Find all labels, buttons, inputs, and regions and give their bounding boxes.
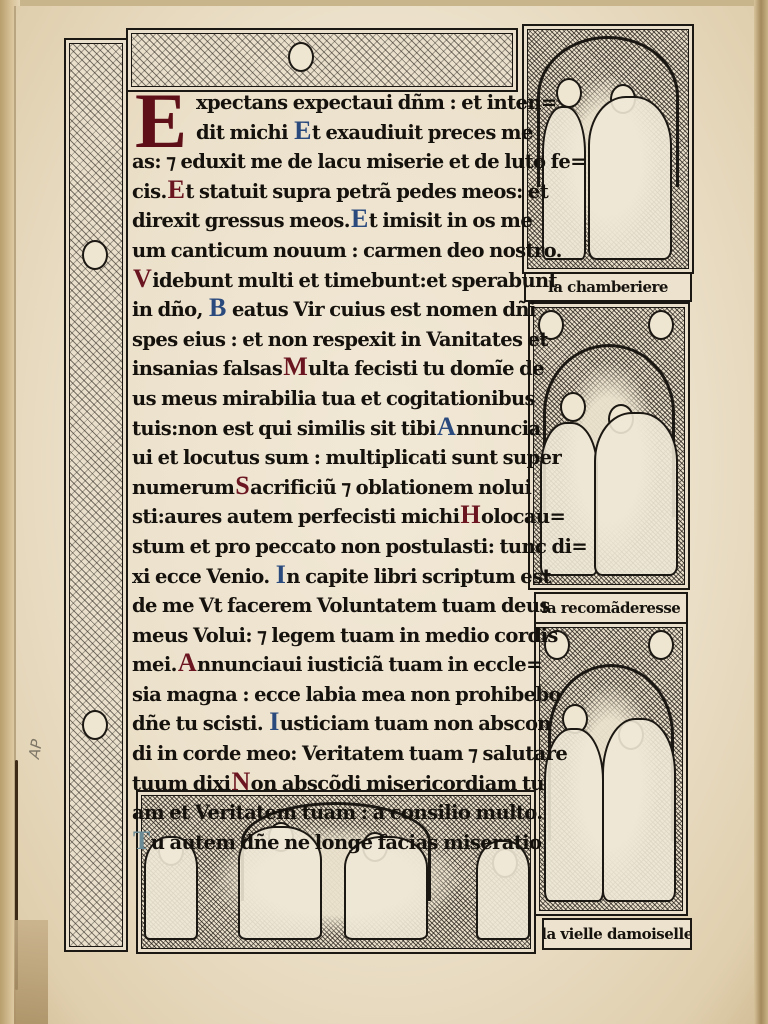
figure-head-icon bbox=[82, 240, 108, 270]
text-line: xpectans expectaui dñm : et inten= bbox=[132, 88, 520, 118]
latin-text-block: xpectans expectaui dñm : et inten= dit m… bbox=[132, 88, 520, 857]
rubric-initial: E bbox=[350, 209, 369, 229]
rubric-initial: M bbox=[282, 357, 308, 377]
woman-figure bbox=[602, 718, 676, 902]
skeleton-figure bbox=[542, 106, 586, 260]
rubric-initial: E bbox=[167, 180, 186, 200]
text-line: dit michi Et exaudiuit preces me bbox=[132, 118, 520, 148]
caption-vielle-damoiselle: la vielle damoiselle bbox=[542, 918, 692, 950]
side-panel-chamberiere bbox=[522, 24, 694, 274]
line-text: xi ecce Venio. bbox=[132, 565, 270, 588]
page-edge-right bbox=[754, 0, 768, 1024]
line-text: de me Vt facerem Voluntatem tuam deus bbox=[132, 594, 550, 617]
text-line: numerumSacrificiũ ⁊ oblationem nolui bbox=[132, 473, 520, 503]
line-text: mei. bbox=[132, 653, 177, 676]
caption-recommanderesse: la recomãderesse bbox=[534, 592, 688, 624]
text-line: am et Veritatem tuam : a consilio multo. bbox=[132, 798, 520, 828]
line-text: nnuncia bbox=[456, 417, 540, 440]
line-text: am et Veritatem tuam : a consilio multo. bbox=[132, 801, 543, 824]
text-line: sti:aures autem perfecisti michiHolocau= bbox=[132, 502, 520, 532]
line-text: tuum dixi bbox=[132, 772, 230, 795]
line-text: eatus Vir cuius est nomen dñi bbox=[232, 298, 536, 321]
text-line: tuis:non est qui similis sit tibiAnnunci… bbox=[132, 414, 520, 444]
rubric-initial: A bbox=[436, 417, 456, 437]
text-line: tuum dixiNon abscõdi misericordiam tu bbox=[132, 769, 520, 799]
line-text: idebunt multi et timebunt:et sperabunt bbox=[152, 269, 557, 292]
line-text: acrificiũ ⁊ oblationem nolui bbox=[250, 476, 531, 499]
text-line: us meus mirabilia tua et cogitationibus bbox=[132, 384, 520, 414]
woman-figure bbox=[588, 96, 672, 260]
text-line: dñe tu scisti. Iusticiam tuam non abscon bbox=[132, 709, 520, 739]
rubric-initial: B bbox=[208, 298, 227, 318]
text-line: di in corde meo: Veritatem tuam ⁊ saluta… bbox=[132, 739, 520, 769]
line-text: us meus mirabilia tua et cogitationibus bbox=[132, 387, 535, 410]
line-text: t imisit in os me bbox=[369, 209, 532, 232]
line-text: t exaudiuit preces me bbox=[312, 121, 533, 144]
rubric-initial: V bbox=[132, 269, 152, 289]
line-text: dñe tu scisti. bbox=[132, 712, 263, 735]
line-text: meus Volui: ⁊ legem tuam in medio cordis bbox=[132, 624, 558, 647]
text-line: cis.Et statuit supra petrã pedes meos: e… bbox=[132, 177, 520, 207]
text-line: in dño, B eatus Vir cuius est nomen dñi bbox=[132, 295, 520, 325]
rubric-initial: S bbox=[234, 476, 250, 496]
skeleton-head-icon bbox=[556, 78, 582, 108]
woman-figure bbox=[594, 412, 678, 576]
line-text: in dño, bbox=[132, 298, 203, 321]
skull-icon bbox=[648, 310, 674, 340]
line-text: dit michi bbox=[196, 121, 288, 144]
line-text: tuis:non est qui similis sit tibi bbox=[132, 417, 436, 440]
text-line: stum et pro peccato non postulasti: tunc… bbox=[132, 532, 520, 562]
text-line: direxit gressus meos.Et imisit in os me bbox=[132, 206, 520, 236]
rubric-initial: E bbox=[293, 121, 312, 141]
line-text: nnunciaui iusticiã tuam in eccle= bbox=[197, 653, 542, 676]
paper-repair-patch bbox=[14, 920, 48, 1024]
line-text: u autem dñe ne longe facias miseratio bbox=[151, 831, 542, 854]
line-text: as: ⁊ eduxit me de lacu miserie et de lu… bbox=[132, 150, 586, 173]
line-text: di in corde meo: Veritatem tuam ⁊ saluta… bbox=[132, 742, 567, 765]
line-text: xpectans expectaui dñm : et inten= bbox=[196, 91, 557, 114]
line-text: sti:aures autem perfecisti michi bbox=[132, 505, 459, 528]
text-line: meus Volui: ⁊ legem tuam in medio cordis bbox=[132, 621, 520, 651]
text-line: ui et locutus sum : multiplicati sunt su… bbox=[132, 443, 520, 473]
figure-head-icon bbox=[288, 42, 314, 72]
rubric-initial: I bbox=[275, 565, 287, 585]
line-text: ulta fecisti tu domĩe de bbox=[308, 357, 544, 380]
line-text: numerum bbox=[132, 476, 234, 499]
text-line: xi ecce Venio. In capite libri scriptum … bbox=[132, 562, 520, 592]
text-line: de me Vt facerem Voluntatem tuam deus bbox=[132, 591, 520, 621]
skull-icon bbox=[648, 630, 674, 660]
line-text: sia magna : ecce labia mea non prohibebo bbox=[132, 683, 561, 706]
text-line: Tu autem dñe ne longe facias miseratio bbox=[132, 828, 520, 858]
line-text: ui et locutus sum : multiplicati sunt su… bbox=[132, 446, 561, 469]
text-line: insanias falsasMulta fecisti tu domĩe de bbox=[132, 354, 520, 384]
rubric-initial: H bbox=[459, 505, 481, 525]
rubric-initial: N bbox=[230, 772, 250, 792]
rubric-initial: T bbox=[132, 831, 151, 851]
line-text: n capite libri scriptum est bbox=[286, 565, 551, 588]
text-line: um canticum nouum : carmen deo nostro. bbox=[132, 236, 520, 266]
line-text: stum et pro peccato non postulasti: tunc… bbox=[132, 535, 587, 558]
line-text: olocau= bbox=[481, 505, 565, 528]
text-line: sia magna : ecce labia mea non prohibebo bbox=[132, 680, 520, 710]
left-border-woodcut bbox=[64, 38, 128, 952]
line-text: t statuit supra petrã pedes meos: et bbox=[185, 180, 548, 203]
figure-head-icon bbox=[82, 710, 108, 740]
skeleton-head-icon bbox=[560, 392, 586, 422]
line-text: cis. bbox=[132, 180, 167, 203]
margin-pencil-note: AP bbox=[25, 738, 46, 760]
text-line: spes eius : et non respexit in Vanitates… bbox=[132, 325, 520, 355]
line-text: on abscõdi misericordiam tu bbox=[251, 772, 544, 795]
text-line: as: ⁊ eduxit me de lacu miserie et de lu… bbox=[132, 147, 520, 177]
rubric-initial: I bbox=[268, 712, 280, 732]
rubric-initial: A bbox=[177, 653, 197, 673]
line-text: direxit gressus meos. bbox=[132, 209, 350, 232]
text-line: mei.Annunciaui iusticiã tuam in eccle= bbox=[132, 650, 520, 680]
line-text: spes eius : et non respexit in Vanitates… bbox=[132, 328, 548, 351]
line-text: insanias falsas bbox=[132, 357, 282, 380]
line-text: um canticum nouum : carmen deo nostro. bbox=[132, 239, 562, 262]
text-line: Videbunt multi et timebunt:et sperabunt bbox=[132, 266, 520, 296]
line-text: usticiam tuam non abscon bbox=[280, 712, 551, 735]
side-panel-vielle-damoiselle bbox=[534, 622, 688, 916]
